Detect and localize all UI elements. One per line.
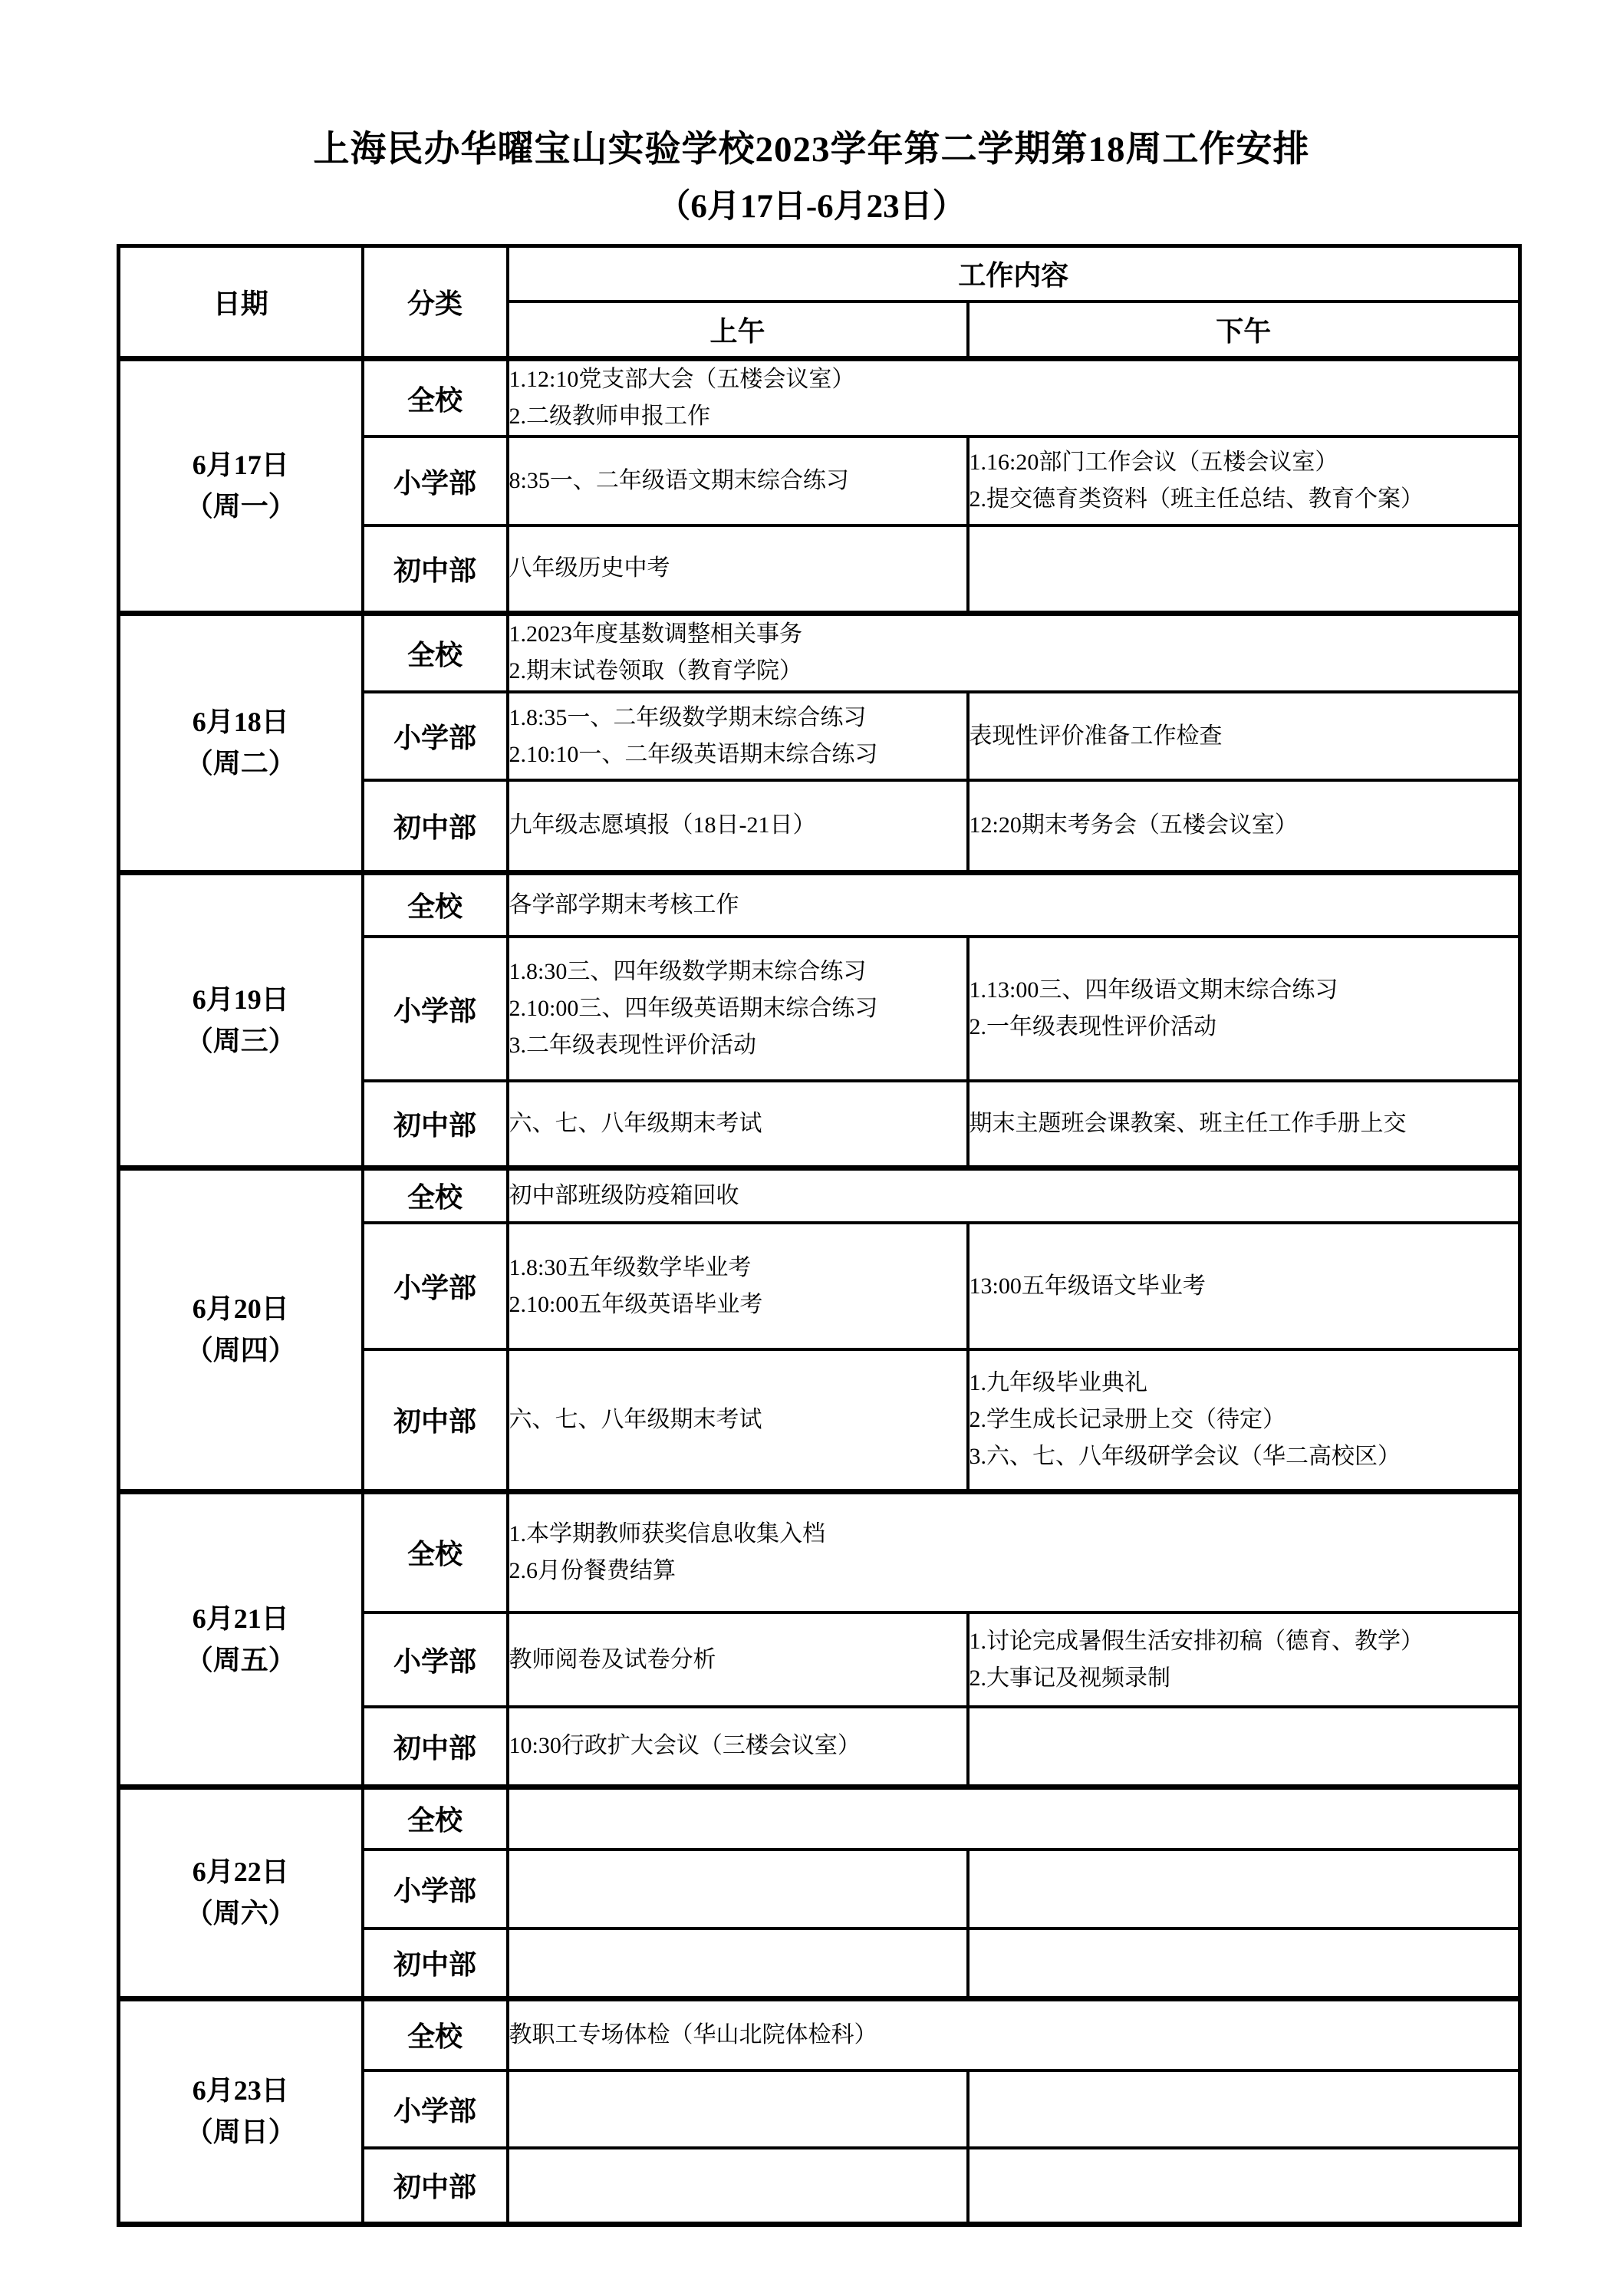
whole-school-content-cell: 1.12:10党支部大会（五楼会议室） 2.二级教师申报工作	[508, 359, 1520, 437]
category-cell: 小学部	[363, 1612, 508, 1707]
afternoon-cell: 12:20期末考务会（五楼会议室）	[968, 780, 1520, 872]
whole-school-content-cell: 1.2023年度基数调整相关事务 2.期末试卷领取（教育学院）	[508, 613, 1520, 692]
date-cell: 6月21日（周五）	[119, 1491, 363, 1787]
weekday-label: （周四）	[120, 1329, 361, 1371]
category-cell: 全校	[363, 1787, 508, 1850]
date-label: 6月17日	[120, 444, 361, 486]
day-block-jun23: 6月23日（周日） 全校 教职工专场体检（华山北院体检科） 小学部 初中部	[119, 1998, 1520, 2224]
category-cell: 小学部	[363, 1223, 508, 1349]
whole-school-content-cell: 各学部学期末考核工作	[508, 872, 1520, 937]
category-cell: 初中部	[363, 1707, 508, 1787]
whole-school-content-cell: 1.本学期教师获奖信息收集入档 2.6月份餐费结算	[508, 1491, 1520, 1612]
weekday-label: （周五）	[120, 1639, 361, 1681]
afternoon-cell	[968, 525, 1520, 613]
date-label: 6月20日	[120, 1288, 361, 1329]
date-cell: 6月18日（周二）	[119, 613, 363, 872]
page-title: 上海民办华曜宝山实验学校2023学年第二学期第18周工作安排	[0, 132, 1623, 168]
header-morning: 上午	[508, 301, 968, 359]
weekday-label: （周三）	[120, 1020, 361, 1062]
day-block-jun21: 6月21日（周五） 全校 1.本学期教师获奖信息收集入档 2.6月份餐费结算 小…	[119, 1491, 1520, 1787]
header-category: 分类	[363, 246, 508, 359]
morning-cell: 六、七、八年级期末考试	[508, 1081, 968, 1168]
category-cell: 小学部	[363, 1850, 508, 1929]
weekday-label: （周二）	[120, 743, 361, 784]
morning-cell: 教师阅卷及试卷分析	[508, 1612, 968, 1707]
afternoon-cell	[968, 1929, 1520, 1998]
morning-cell	[508, 2148, 968, 2224]
category-cell: 初中部	[363, 1349, 508, 1491]
table-header: 日期 分类 工作内容 上午 下午	[119, 246, 1520, 359]
afternoon-cell: 期末主题班会课教案、班主任工作手册上交	[968, 1081, 1520, 1168]
category-cell: 全校	[363, 1491, 508, 1612]
morning-cell: 六、七、八年级期末考试	[508, 1349, 968, 1491]
page-subtitle: （6月17日-6月23日）	[0, 190, 1623, 223]
afternoon-cell	[968, 2148, 1520, 2224]
category-cell: 全校	[363, 613, 508, 692]
morning-cell: 九年级志愿填报（18日-21日）	[508, 780, 968, 872]
morning-cell: 八年级历史中考	[508, 525, 968, 613]
category-cell: 全校	[363, 1998, 508, 2070]
day-block-jun20: 6月20日（周四） 全校 初中部班级防疫箱回收 小学部 1.8:30五年级数学毕…	[119, 1168, 1520, 1491]
weekday-label: （周六）	[120, 1892, 361, 1934]
whole-school-content-cell: 教职工专场体检（华山北院体检科）	[508, 1998, 1520, 2070]
afternoon-cell	[968, 1707, 1520, 1787]
morning-cell	[508, 1929, 968, 1998]
category-cell: 初中部	[363, 525, 508, 613]
afternoon-cell: 1.16:20部门工作会议（五楼会议室） 2.提交德育类资料（班主任总结、教育个…	[968, 436, 1520, 525]
category-cell: 全校	[363, 1168, 508, 1223]
day-block-jun18: 6月18日（周二） 全校 1.2023年度基数调整相关事务 2.期末试卷领取（教…	[119, 613, 1520, 872]
category-cell: 全校	[363, 359, 508, 437]
date-label: 6月18日	[120, 701, 361, 743]
category-cell: 小学部	[363, 2070, 508, 2148]
date-cell: 6月17日（周一）	[119, 359, 363, 614]
afternoon-cell: 1.九年级毕业典礼 2.学生成长记录册上交（待定） 3.六、七、八年级研学会议（…	[968, 1349, 1520, 1491]
morning-cell: 1.8:30五年级数学毕业考 2.10:00五年级英语毕业考	[508, 1223, 968, 1349]
date-label: 6月23日	[120, 2070, 361, 2111]
weekday-label: （周日）	[120, 2111, 361, 2153]
morning-cell: 1.8:35一、二年级数学期末综合练习 2.10:10一、二年级英语期末综合练习	[508, 692, 968, 780]
afternoon-cell	[968, 1850, 1520, 1929]
category-cell: 初中部	[363, 1929, 508, 1998]
category-cell: 初中部	[363, 780, 508, 872]
morning-cell: 10:30行政扩大会议（三楼会议室）	[508, 1707, 968, 1787]
day-block-jun22: 6月22日（周六） 全校 小学部 初中部	[119, 1787, 1520, 1998]
morning-cell: 1.8:30三、四年级数学期末综合练习 2.10:00三、四年级英语期末综合练习…	[508, 937, 968, 1081]
header-afternoon: 下午	[968, 301, 1520, 359]
day-block-jun19: 6月19日（周三） 全校 各学部学期末考核工作 小学部 1.8:30三、四年级数…	[119, 872, 1520, 1168]
afternoon-cell: 13:00五年级语文毕业考	[968, 1223, 1520, 1349]
day-block-jun17: 6月17日（周一） 全校 1.12:10党支部大会（五楼会议室） 2.二级教师申…	[119, 359, 1520, 614]
date-label: 6月21日	[120, 1598, 361, 1639]
morning-cell: 8:35一、二年级语文期末综合练习	[508, 436, 968, 525]
category-cell: 小学部	[363, 937, 508, 1081]
afternoon-cell: 1.讨论完成暑假生活安排初稿（德育、教学） 2.大事记及视频录制	[968, 1612, 1520, 1707]
header-date: 日期	[119, 246, 363, 359]
category-cell: 初中部	[363, 2148, 508, 2224]
date-cell: 6月22日（周六）	[119, 1787, 363, 1998]
morning-cell	[508, 1850, 968, 1929]
date-cell: 6月23日（周日）	[119, 1998, 363, 2224]
afternoon-cell: 1.13:00三、四年级语文期末综合练习 2.一年级表现性评价活动	[968, 937, 1520, 1081]
morning-cell	[508, 2070, 968, 2148]
date-label: 6月19日	[120, 979, 361, 1020]
category-cell: 小学部	[363, 436, 508, 525]
category-cell: 全校	[363, 872, 508, 937]
date-cell: 6月19日（周三）	[119, 872, 363, 1168]
whole-school-content-cell: 初中部班级防疫箱回收	[508, 1168, 1520, 1223]
date-cell: 6月20日（周四）	[119, 1168, 363, 1491]
weekday-label: （周一）	[120, 486, 361, 527]
header-work-content: 工作内容	[508, 246, 1520, 301]
schedule-table: 日期 分类 工作内容 上午 下午 6月17日（周一） 全校 1.12:10党支部…	[117, 244, 1522, 2227]
whole-school-content-cell	[508, 1787, 1520, 1850]
category-cell: 小学部	[363, 692, 508, 780]
afternoon-cell	[968, 2070, 1520, 2148]
date-label: 6月22日	[120, 1851, 361, 1892]
afternoon-cell: 表现性评价准备工作检查	[968, 692, 1520, 780]
category-cell: 初中部	[363, 1081, 508, 1168]
